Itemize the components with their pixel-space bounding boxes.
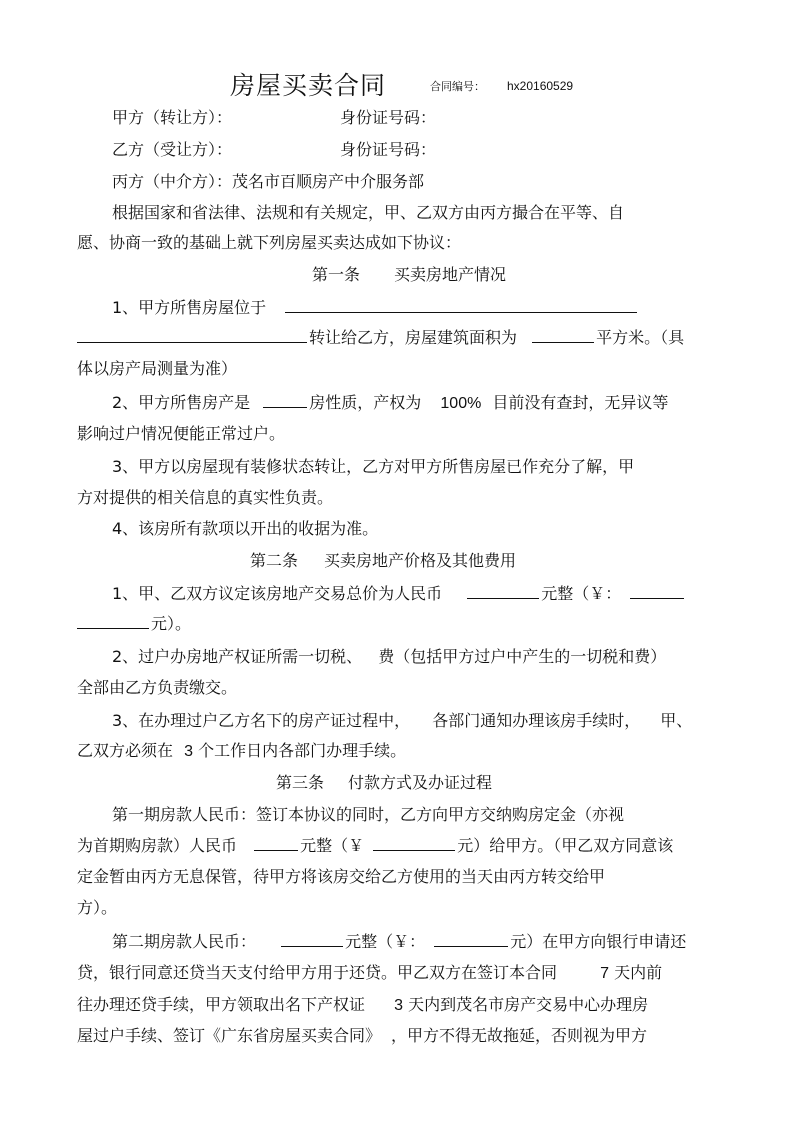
contract-page: 房屋买卖合同 合同编号：hx20160529 甲方（转让方）： 身份证号码： 乙… bbox=[0, 0, 800, 1132]
transfer-center-text: 天内到茂名市房产交易中心办理房 bbox=[408, 995, 648, 1014]
item-3-party-text: 甲、 bbox=[660, 711, 692, 730]
delay-clause-text: ，甲方不得无故拖延，否则视为甲方 bbox=[391, 1026, 647, 1045]
item-3-process-text: 3、在办理过户乙方名下的房产证过程中， bbox=[112, 711, 410, 730]
preamble-line-2: 愿、协商一致的基础上就下列房屋买卖达成如下协议： bbox=[77, 233, 461, 253]
article-3-p1-line-2: 为首期购房款）人民币 元整（￥ 元）给甲方。（甲乙双方同意该 bbox=[77, 836, 673, 856]
second-payment-words-blank[interactable] bbox=[281, 932, 343, 947]
floor-area-blank[interactable] bbox=[532, 328, 594, 343]
party-a-id-label: 身份证号码： bbox=[340, 108, 436, 127]
article-2-title: 买卖房地产价格及其他费用 bbox=[324, 551, 516, 570]
party-a-id: 身份证号码： bbox=[340, 108, 436, 128]
item-3-must-text: 乙双方必须在 bbox=[77, 741, 173, 760]
preamble-line-1: 根据国家和省法律、法规和有关规定，甲、乙双方由丙方撮合在平等、自 bbox=[112, 203, 624, 223]
sign-contract-text: 屋过户手续、签订《广东省房屋买卖合同》 bbox=[77, 1026, 373, 1045]
total-price-words-blank[interactable] bbox=[467, 584, 539, 599]
article-3-p2-line-2: 贷，银行同意还贷当天支付给甲方用于还贷。甲乙双方在签订本合同 7 天内前 bbox=[77, 963, 662, 984]
article-1-item-3-line-2: 方对提供的相关信息的真实性负责。 bbox=[77, 488, 333, 508]
article-2-item-1-line-2: 元）。 bbox=[77, 614, 191, 634]
party-b-id-label: 身份证号码： bbox=[340, 140, 436, 159]
article-1-item-3-line-1: 3、甲方以房屋现有装修状态转让，乙方对甲方所售房屋已作充分了解，甲 bbox=[112, 457, 634, 477]
second-payment-yuan-text: 元整（￥： bbox=[345, 932, 425, 951]
article-1-item-1-line-1: 1、甲方所售房屋位于 bbox=[112, 298, 639, 318]
article-2-item-2-line-2: 全部由乙方负责缴交。 bbox=[77, 678, 237, 698]
loan-repay-text: 贷，银行同意还贷当天支付给甲方用于还贷。甲乙双方在签订本合同 bbox=[77, 963, 557, 982]
article-3-p1-line-4: 方）。 bbox=[77, 898, 117, 918]
party-a-line: 甲方（转让方）： bbox=[112, 108, 232, 128]
article-3-p1-line-3: 定金暂由丙方无息保管，待甲方将该房交给乙方使用的当天由丙方转交给甲 bbox=[77, 867, 605, 887]
item-2-text: 2、甲方所售房产是 bbox=[112, 393, 250, 412]
deposit-yuan-text: 元整（￥ bbox=[300, 836, 364, 855]
item-1-unit-text: 平方米。（具 bbox=[596, 328, 684, 347]
article-1-heading: 第一条买卖房地产情况 bbox=[312, 265, 506, 285]
article-2-item-1-line-1: 1、甲、乙双方议定该房地产交易总价为人民币 元整（￥： bbox=[112, 584, 686, 604]
contract-number-value: hx20160529 bbox=[507, 79, 573, 93]
item-1-close-text: 元）。 bbox=[151, 614, 191, 633]
item-2-tax-text: 2、过户办房地产权证所需一切税、 bbox=[112, 647, 362, 666]
working-days-count: 3 bbox=[184, 743, 193, 760]
article-2-heading: 第二条买卖房地产价格及其他费用 bbox=[250, 551, 516, 571]
item-3-notify-text: 各部门通知办理该房手续时， bbox=[432, 711, 640, 730]
total-price-amount-blank-cont[interactable] bbox=[77, 614, 149, 629]
property-nature-blank[interactable] bbox=[263, 393, 307, 408]
article-2-item-3-line-2: 乙双方必须在 3 个工作日内各部门办理手续。 bbox=[77, 741, 406, 762]
deposit-text: 为首期购房款）人民币 bbox=[77, 836, 237, 855]
item-2-fee-text: 费（包括甲方过户中产生的一切税和费） bbox=[378, 647, 666, 666]
article-1-item-4: 4、该房所有款项以开出的收据为准。 bbox=[112, 519, 378, 539]
article-3-p2-line-4: 屋过户手续、签订《广东省房屋买卖合同》，甲方不得无故拖延，否则视为甲方 bbox=[77, 1026, 647, 1046]
article-2-number: 第二条 bbox=[250, 551, 298, 570]
item-1-text: 1、甲方所售房屋位于 bbox=[112, 298, 266, 317]
article-1-title: 买卖房地产情况 bbox=[394, 265, 506, 284]
party-b-line: 乙方（受让方）： bbox=[112, 140, 232, 160]
article-1-item-1-line-2: 转让给乙方，房屋建筑面积为 平方米。（具 bbox=[77, 328, 684, 348]
ownership-percent: 100% bbox=[440, 395, 481, 412]
article-2-item-2-line-1: 2、过户办房地产权证所需一切税、费（包括甲方过户中产生的一切税和费） bbox=[112, 647, 666, 667]
property-location-blank[interactable] bbox=[285, 298, 637, 313]
article-3-p2-line-3: 往办理还贷手续，甲方领取出名下产权证 3 天内到茂名市房产交易中心办理房 bbox=[77, 995, 648, 1016]
item-1-yuan-text: 元整（￥： bbox=[541, 584, 621, 603]
party-b-id: 身份证号码： bbox=[340, 140, 436, 160]
transfer-days-count: 3 bbox=[394, 997, 403, 1014]
article-1-item-1-line-3: 体以房产局测量为准） bbox=[77, 359, 237, 379]
title-deed-text: 往办理还贷手续，甲方领取出名下产权证 bbox=[77, 995, 365, 1014]
party-c-label: 丙方（中介方）： bbox=[112, 172, 232, 191]
contract-number: 合同编号：hx20160529 bbox=[430, 78, 573, 94]
article-1-item-2-line-1: 2、甲方所售房产是 房性质，产权为 100% 目前没有查封，无异议等 bbox=[112, 393, 668, 414]
article-1-item-2-line-2: 影响过户情况便能正常过户。 bbox=[77, 424, 285, 444]
article-3-p2-line-1: 第二期房款人民币： 元整（￥： 元）在甲方向银行申请还 bbox=[112, 932, 686, 952]
deposit-words-blank[interactable] bbox=[254, 836, 298, 851]
party-c-value: 茂名市百顺房产中介服务部 bbox=[232, 172, 424, 191]
article-3-number: 第三条 bbox=[276, 773, 324, 792]
second-payment-amount-blank[interactable] bbox=[434, 932, 508, 947]
second-payment-close-text: 元）在甲方向银行申请还 bbox=[510, 932, 686, 951]
second-payment-text: 第二期房款人民币： bbox=[112, 932, 256, 951]
item-2-nature-text: 房性质，产权为 bbox=[309, 393, 421, 412]
article-3-p1-line-1: 第一期房款人民币：签订本协议的同时，乙方向甲方交纳购房定金（亦视 bbox=[112, 805, 624, 825]
item-1-transfer-text: 转让给乙方，房屋建筑面积为 bbox=[309, 328, 517, 347]
party-a-label: 甲方（转让方）： bbox=[112, 108, 232, 127]
article-3-heading: 第三条付款方式及办证过程 bbox=[276, 773, 492, 793]
item-3-days-text: 个工作日内各部门办理手续。 bbox=[198, 741, 406, 760]
item-1-price-text: 1、甲、乙双方议定该房地产交易总价为人民币 bbox=[112, 584, 442, 603]
deposit-amount-blank[interactable] bbox=[373, 836, 455, 851]
contract-number-label: 合同编号： bbox=[430, 80, 485, 93]
item-2-status-text: 目前没有查封，无异议等 bbox=[492, 393, 668, 412]
party-c-line: 丙方（中介方）：茂名市百顺房产中介服务部 bbox=[112, 172, 424, 192]
total-price-amount-blank[interactable] bbox=[630, 584, 684, 599]
deposit-close-text: 元）给甲方。（甲乙双方同意该 bbox=[457, 836, 673, 855]
loan-days-text: 天内前 bbox=[614, 963, 662, 982]
article-2-item-3-line-1: 3、在办理过户乙方名下的房产证过程中，各部门通知办理该房手续时，甲、 bbox=[112, 711, 692, 731]
party-b-label: 乙方（受让方）： bbox=[112, 140, 232, 159]
property-location-blank-cont[interactable] bbox=[77, 328, 307, 343]
document-title: 房屋买卖合同 bbox=[230, 66, 386, 102]
loan-days-count: 7 bbox=[600, 965, 609, 982]
article-1-number: 第一条 bbox=[312, 265, 360, 284]
article-3-title: 付款方式及办证过程 bbox=[348, 773, 492, 792]
